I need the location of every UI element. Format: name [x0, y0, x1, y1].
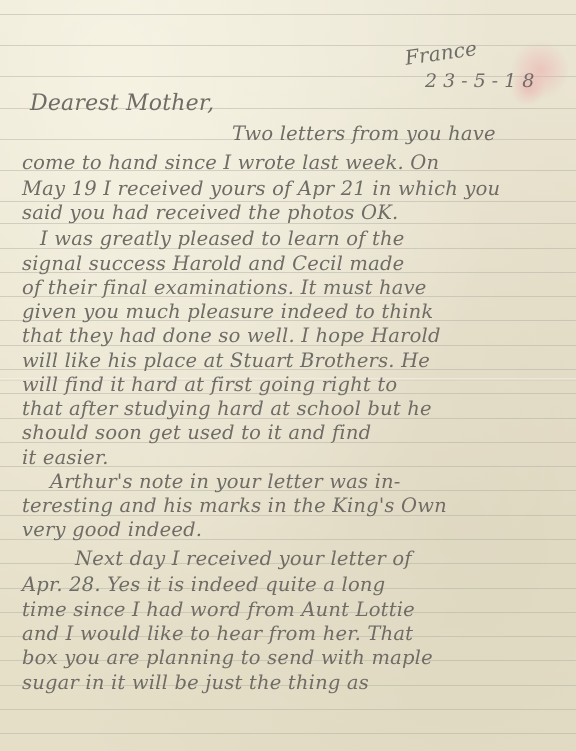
letter-line: Apr. 28. Yes it is indeed quite a long [22, 573, 385, 596]
letter-line: that after studying hard at school but h… [22, 397, 432, 420]
letter-line: said you had received the photos OK. [22, 201, 398, 224]
letter-line: Arthur's note in your letter was in- [50, 470, 401, 493]
letter-line: teresting and his marks in the King's Ow… [22, 494, 447, 517]
letter-line: that they had done so well. I hope Harol… [22, 324, 441, 347]
letter-line: should soon get used to it and find [22, 421, 371, 444]
letter-line: box you are planning to send with maple [22, 646, 433, 669]
ruled-line [0, 733, 576, 734]
letter-place: France [403, 36, 478, 70]
letter-line: will like his place at Stuart Brothers. … [22, 349, 430, 372]
letter-line: Two letters from you have [232, 122, 496, 145]
letter-line: Next day I received your letter of [75, 547, 412, 570]
letter-line: given you much pleasure indeed to think [22, 300, 433, 323]
letter-date: 23-5-18 [425, 70, 540, 92]
letter-page: France 23-5-18 Dearest Mother, Two lette… [0, 0, 576, 751]
ruled-line [0, 709, 576, 710]
letter-line: and I would like to hear from her. That [22, 622, 413, 645]
letter-line: of their final examinations. It must hav… [22, 276, 427, 299]
letter-line: come to hand since I wrote last week. On [22, 151, 439, 174]
letter-line: very good indeed. [22, 518, 202, 541]
ruled-line [0, 14, 576, 15]
letter-line: May 19 I received yours of Apr 21 in whi… [22, 177, 500, 200]
letter-line: it easier. [22, 446, 109, 469]
letter-line: signal success Harold and Cecil made [22, 252, 404, 275]
letter-line: sugar in it will be just the thing as [22, 671, 369, 694]
letter-line: time since I had word from Aunt Lottie [22, 598, 415, 621]
letter-line: will find it hard at first going right t… [22, 373, 397, 396]
ruled-line [0, 45, 576, 46]
letter-line: I was greatly pleased to learn of the [40, 227, 405, 250]
salutation: Dearest Mother, [30, 91, 214, 116]
